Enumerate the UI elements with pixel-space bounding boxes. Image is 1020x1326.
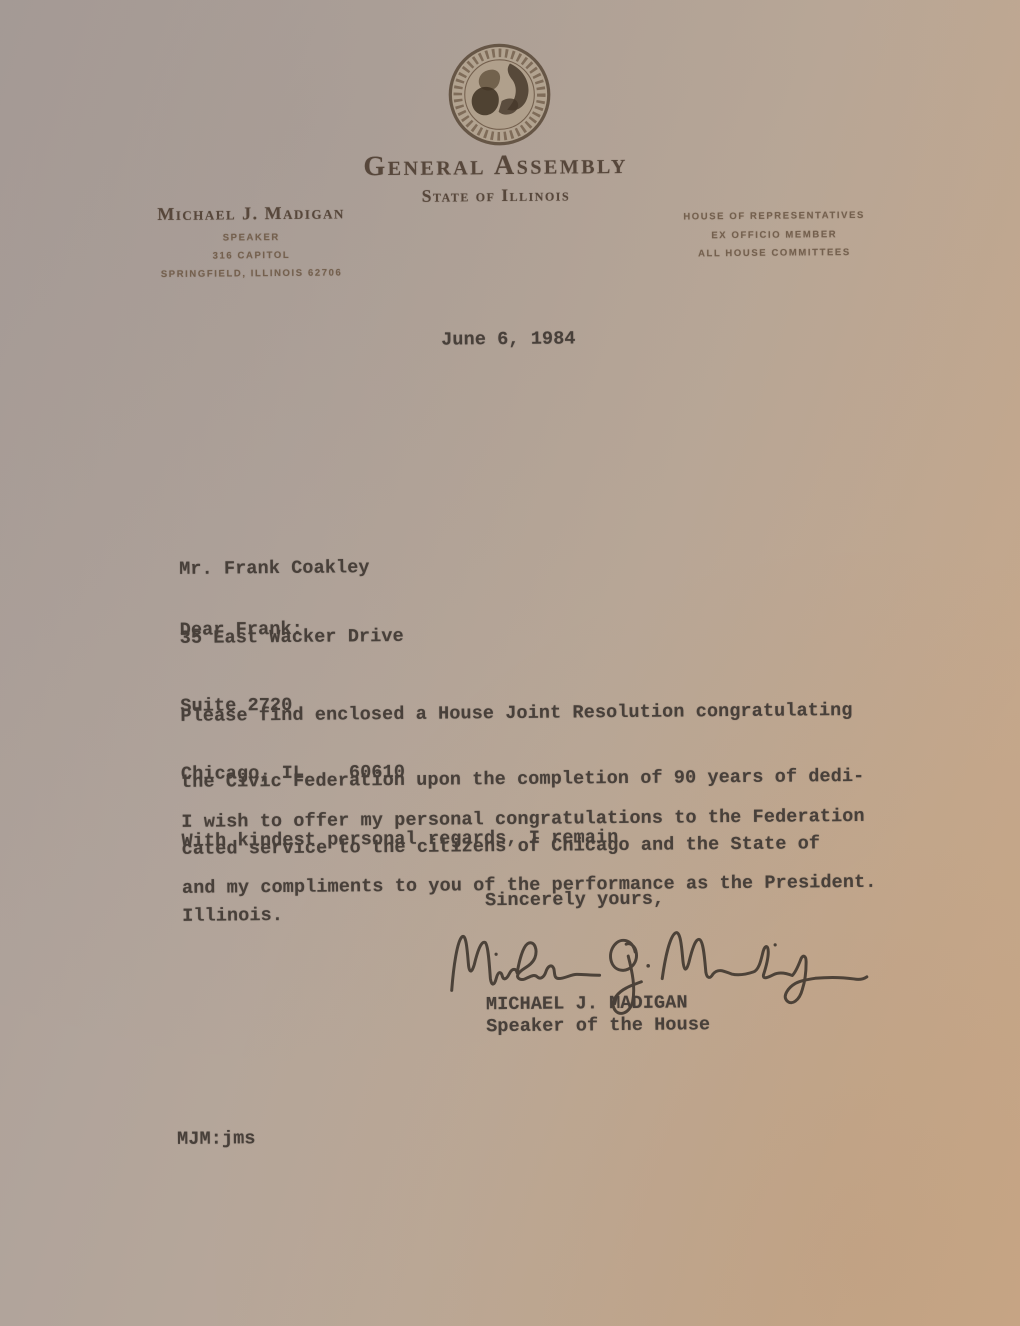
official-name: Michael J. Madigan xyxy=(101,202,401,226)
org-name: General Assembly xyxy=(246,148,746,184)
closing: Sincerely yours, xyxy=(485,889,664,913)
salutation: Dear Frank: xyxy=(180,619,303,642)
illinois-state-seal-icon xyxy=(446,41,554,149)
reference-initials: MJM:jms xyxy=(177,1128,256,1151)
official-block: Michael J. Madigan SPEAKER 316 CAPITOL S… xyxy=(101,202,402,285)
letter-page: General Assembly State of Illinois Micha… xyxy=(0,0,1020,1326)
signer-name-typed: MICHAEL J. MADIGAN xyxy=(486,992,688,1016)
official-address-line2: SPRINGFIELD, ILLINOIS 62706 xyxy=(102,264,402,285)
affiliation-block: HOUSE OF REPRESENTATIVES EX OFFICIO MEMB… xyxy=(644,207,904,265)
affiliation-line3: ALL HOUSE COMMITTEES xyxy=(644,244,904,265)
affiliation-line1: HOUSE OF REPRESENTATIVES xyxy=(644,207,904,228)
letter-photo: General Assembly State of Illinois Micha… xyxy=(0,0,1020,1326)
recipient-line: Mr. Frank Coakley xyxy=(179,557,403,582)
body-paragraph-3: With kindest personal regards, I remain xyxy=(181,827,618,853)
affiliation-line2: EX OFFICIO MEMBER xyxy=(644,225,904,246)
letter-date: June 6, 1984 xyxy=(441,328,576,352)
signer-title-typed: Speaker of the House xyxy=(486,1014,710,1038)
body-line: Please find enclosed a House Joint Resol… xyxy=(180,700,863,728)
